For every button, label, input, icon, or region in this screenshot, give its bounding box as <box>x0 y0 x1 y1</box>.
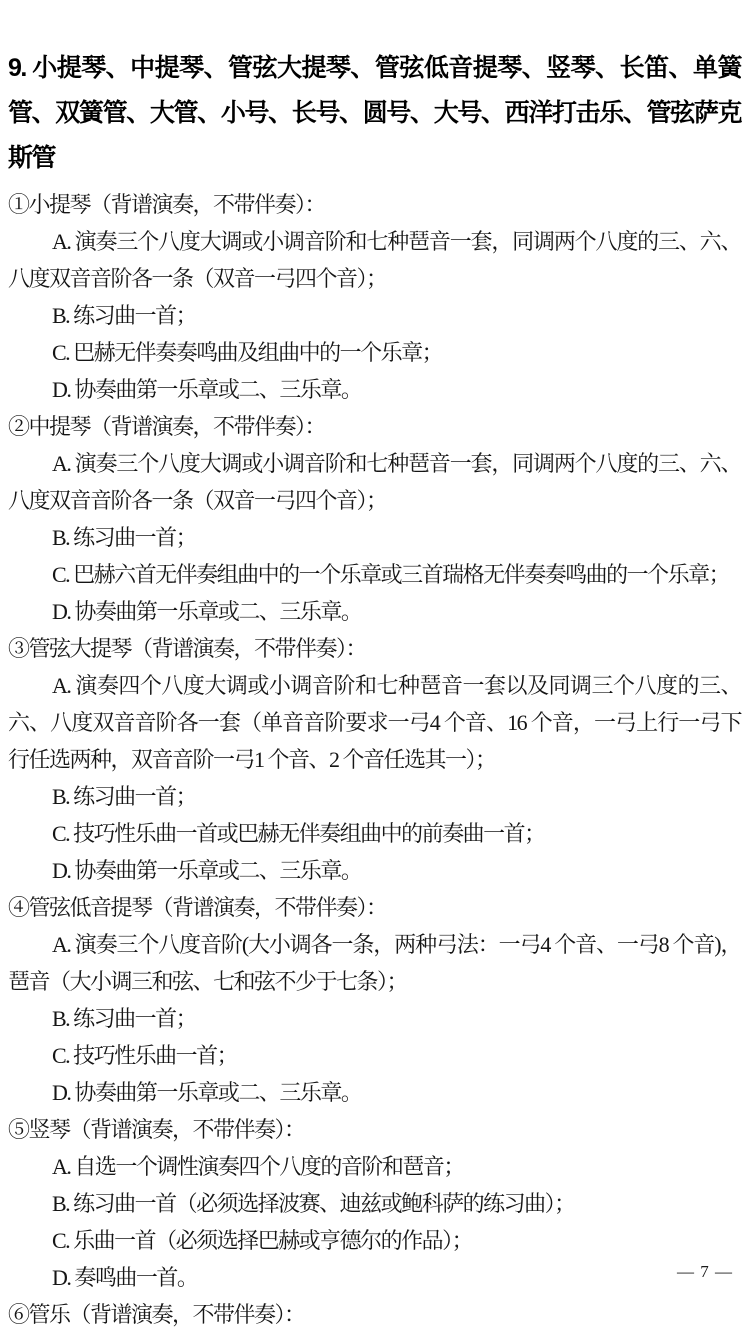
section-cello: ③管弦大提琴（背谱演奏，不带伴奏）： A. 演奏四个八度大调或小调音阶和七种琶音… <box>8 630 741 889</box>
section-violin: ①小提琴（背谱演奏，不带伴奏）： A. 演奏三个八度大调或小调音阶和七种琶音一套… <box>8 186 741 408</box>
section-double-bass: ④管弦低音提琴（背谱演奏，不带伴奏）： A. 演奏三个八度音阶(大小调各一条，两… <box>8 889 741 1111</box>
requirement-item: B. 练习曲一首（必须选择波赛、迪兹或鲍科萨的练习曲）； <box>8 1185 741 1222</box>
requirement-item: A. 自选一个调性演奏四个八度的音阶和琶音； <box>8 1148 741 1185</box>
document-heading: 9. 小提琴、中提琴、管弦大提琴、管弦低音提琴、竖琴、长笛、单簧管、双簧管、大管… <box>8 46 741 181</box>
document-body: ①小提琴（背谱演奏，不带伴奏）： A. 演奏三个八度大调或小调音阶和七种琶音一套… <box>8 186 741 1333</box>
requirement-item: B. 练习曲一首； <box>8 1000 741 1037</box>
requirement-item: A. 演奏四个八度大调或小调音阶和七种琶音一套以及同调三个八度的三、六、八度双音… <box>8 667 741 778</box>
document-page: 9. 小提琴、中提琴、管弦大提琴、管弦低音提琴、竖琴、长笛、单簧管、双簧管、大管… <box>0 0 750 1334</box>
requirement-item: D. 协奏曲第一乐章或二、三乐章。 <box>8 371 741 408</box>
requirement-item: D. 奏鸣曲一首。 <box>8 1259 741 1296</box>
section-title: ①小提琴（背谱演奏，不带伴奏）： <box>8 186 741 223</box>
section-title: ③管弦大提琴（背谱演奏，不带伴奏）： <box>8 630 741 667</box>
section-title: ④管弦低音提琴（背谱演奏，不带伴奏）： <box>8 889 741 926</box>
section-viola: ②中提琴（背谱演奏，不带伴奏）： A. 演奏三个八度大调或小调音阶和七种琶音一套… <box>8 408 741 630</box>
requirement-item: D. 协奏曲第一乐章或二、三乐章。 <box>8 852 741 889</box>
section-title: ②中提琴（背谱演奏，不带伴奏）： <box>8 408 741 445</box>
section-winds: ⑥管乐（背谱演奏，不带伴奏）： <box>8 1296 741 1333</box>
requirement-item: C. 巴赫无伴奏奏鸣曲及组曲中的一个乐章； <box>8 334 741 371</box>
requirement-item: A. 演奏三个八度音阶(大小调各一条，两种弓法：一弓4 个音、一弓8 个音)，琶… <box>8 926 741 1000</box>
requirement-item: A. 演奏三个八度大调或小调音阶和七种琶音一套，同调两个八度的三、六、八度双音音… <box>8 445 741 519</box>
section-title: ⑥管乐（背谱演奏，不带伴奏）： <box>8 1296 741 1333</box>
section-title: ⑤竖琴（背谱演奏，不带伴奏）： <box>8 1111 741 1148</box>
requirement-item: C. 巴赫六首无伴奏组曲中的一个乐章或三首瑞格无伴奏奏鸣曲的一个乐章； <box>8 556 741 593</box>
page-number: — 7 — <box>677 1262 733 1282</box>
requirement-item: B. 练习曲一首； <box>8 778 741 815</box>
requirement-item: D. 协奏曲第一乐章或二、三乐章。 <box>8 1074 741 1111</box>
section-harp: ⑤竖琴（背谱演奏，不带伴奏）： A. 自选一个调性演奏四个八度的音阶和琶音； B… <box>8 1111 741 1296</box>
requirement-item: A. 演奏三个八度大调或小调音阶和七种琶音一套，同调两个八度的三、六、八度双音音… <box>8 223 741 297</box>
requirement-item: B. 练习曲一首； <box>8 519 741 556</box>
requirement-item: C. 技巧性乐曲一首； <box>8 1037 741 1074</box>
requirement-item: D. 协奏曲第一乐章或二、三乐章。 <box>8 593 741 630</box>
requirement-item: B. 练习曲一首； <box>8 297 741 334</box>
requirement-item: C. 乐曲一首（必须选择巴赫或亨德尔的作品）； <box>8 1222 741 1259</box>
requirement-item: C. 技巧性乐曲一首或巴赫无伴奏组曲中的前奏曲一首； <box>8 815 741 852</box>
